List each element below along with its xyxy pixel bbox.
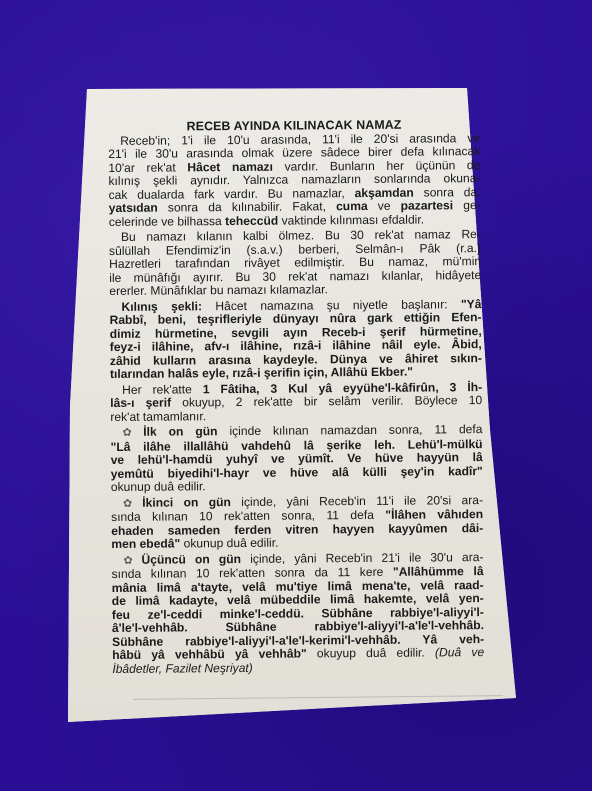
plain-text: sonra da, <box>414 185 481 200</box>
paragraph-second-ten: ✿İkinci on gün içinde, yâni Receb'in 11'… <box>111 494 483 552</box>
flower-bullet-icon: ✿ <box>123 554 138 566</box>
bold-text: cuma <box>336 199 368 213</box>
plain-text: ve <box>368 199 401 213</box>
flower-bullet-icon: ✿ <box>123 497 139 509</box>
plain-text: okunup duâ edilir. <box>180 536 278 551</box>
bold-text: yatsıdan <box>109 201 158 215</box>
plain-text: içinde kılınan namazdan sonra, 11 defa <box>217 422 482 438</box>
bold-text: Hâcet namazı <box>187 159 273 174</box>
bold-text: "İlâhen vâhıden <box>385 507 483 522</box>
paragraph-virtue: Bu namazı kılanın kalbi ölmez. Bu 30 rek… <box>109 228 482 298</box>
bold-text: akşamdan <box>355 185 414 199</box>
bold-text: İkinci on gün <box>142 495 231 510</box>
bold-text: pazartesi <box>401 198 454 212</box>
bold-text: hâbü yâ vehhâbü yâ vehhâb" <box>112 646 307 662</box>
plain-text: okuyup, 2 rek'atte bir selâm verilir. Bö… <box>171 393 482 409</box>
plain-text: ge- <box>453 198 481 212</box>
bold-text: men ebedâ" <box>111 536 180 551</box>
plain-text: içinde, yâni Receb'in 21'i ile 30'u ara- <box>241 550 484 566</box>
bold-text: Kılınış şekli: <box>121 299 202 314</box>
plain-text: Her rek'atte <box>122 382 203 397</box>
plain-text: ererler. Münâfıklar bu namazı kılamazlar… <box>109 282 328 298</box>
bold-text: lâs-ı şerif <box>110 396 171 410</box>
plain-text: celerinde ve bilhassa <box>109 214 225 229</box>
plain-text: rek'at tamamlanır. <box>110 409 206 424</box>
bold-text: Üçüncü on gün <box>141 551 241 566</box>
bold-text: ehaden sameden ferden vitren hayyen kayy… <box>111 521 483 538</box>
article-body: Receb'in; 1'i ile 10'u arasında, 11'i il… <box>108 132 484 676</box>
flower-bullet-icon: ✿ <box>122 427 140 439</box>
paragraph-how-to: Kılınış şekli: Hâcet namazına şu niyetle… <box>109 298 482 382</box>
bold-text: "Allâhümme lâ <box>393 564 484 579</box>
bold-text: yemûtü biyedihi'l-hayr ve hüve alâ külli… <box>111 464 483 481</box>
plain-text: 10'ar rek'at <box>108 160 187 175</box>
bold-text: teheccüd <box>225 213 278 227</box>
paragraph-intro: Receb'in; 1'i ile 10'u arasında, 11'i il… <box>108 132 481 229</box>
paragraph-first-ten: ✿İlk on gün içinde kılınan namazdan sonr… <box>110 423 483 494</box>
plain-text: okunup duâ edilir. <box>111 479 206 494</box>
plain-text: okuyup duâ edilir. <box>307 645 435 660</box>
bold-text: tılarından halâs eyle, rızâ-i şerifin iç… <box>110 365 413 381</box>
plain-text: içinde, yâni Receb'in 11'i ile 20'si ara… <box>231 493 483 509</box>
plain-text: vaktinde kılınması efdaldir. <box>278 212 424 227</box>
italic-text: (Duâ ve <box>435 645 484 659</box>
paragraph-rakat: Her rek'atte 1 Fâtiha, 3 Kul yâ eyyühe'l… <box>110 381 482 424</box>
bold-text: "Yâ <box>461 297 482 311</box>
bold-text: İlk on gün <box>143 424 217 439</box>
clipping-text: RECEB AYINDA KILINACAK NAMAZ Receb'in; 1… <box>108 118 484 676</box>
italic-text: İbâdetler, Fazilet Neşriyat) <box>112 660 253 675</box>
paragraph-third-ten: ✿Üçüncü on gün içinde, yâni Receb'in 21'… <box>111 551 484 676</box>
